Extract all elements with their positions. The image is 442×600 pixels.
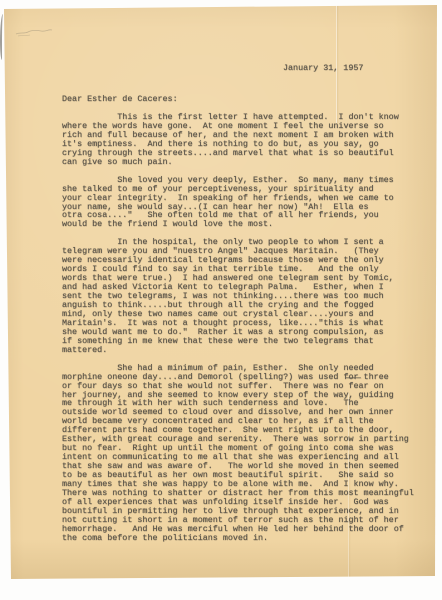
letter-page: January 31, 1957 Dear Esther de Caceres:… [2, 5, 438, 579]
letter-date: January 31, 1957 [283, 64, 363, 73]
pencil-mark [14, 25, 54, 39]
scanned-letter-background: January 31, 1957 Dear Esther de Caceres:… [0, 0, 442, 600]
letter-paragraph-2: She loved you very deeply, Esther. So ma… [62, 176, 428, 230]
letter-paragraph-1: This is the first letter I have attempte… [62, 113, 428, 167]
letter-paragraph-4: She had a minimum of pain, Esther. She o… [62, 364, 428, 543]
stain-mark [10, 581, 14, 584]
letter-paragraph-3: In the hospital, the only two people to … [62, 238, 428, 354]
letter-salutation: Dear Esther de Caceres: [62, 95, 178, 104]
letter-body: This is the first letter I have attempte… [62, 113, 428, 543]
